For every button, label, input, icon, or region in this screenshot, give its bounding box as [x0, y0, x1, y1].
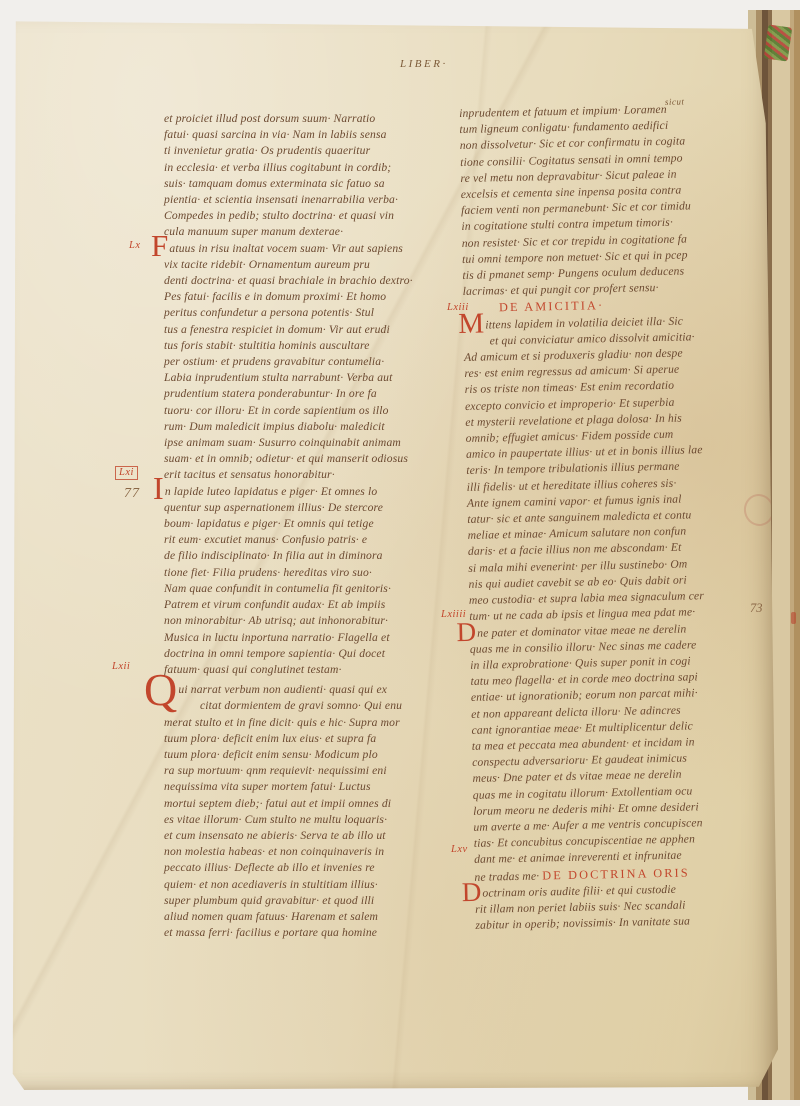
line-text: in cogitatione stulti contra impetum tim…: [461, 216, 673, 233]
manuscript-line: rit eum· excutiet manus· Confusio patris…: [164, 532, 490, 548]
line-text: tuum plora· deficit enim sensu· Modicum …: [164, 748, 378, 761]
line-text: ipse animam suam· Susurro coinquinabit a…: [164, 436, 401, 449]
manuscript-line: nequissima vita super mortem fatui· Luct…: [164, 779, 490, 795]
line-text: non minorabitur· Ab utrisq; aut inhonora…: [164, 614, 388, 627]
line-text: prudentium statera ponderabuntur· In ore…: [164, 387, 377, 400]
line-text: rit eum· excutiet manus· Confusio patris…: [164, 533, 367, 546]
line-text: non dissolvetur· Sic et cor confirmatu i…: [460, 135, 686, 153]
line-text: et mysterii revelatione et plaga dolosa·…: [465, 411, 682, 428]
line-text: entiae· ut ignorationib; eorum non parca…: [471, 687, 698, 705]
line-text: et massa ferri· facilius e portare qua h…: [164, 926, 377, 939]
line-text: tias· Et concubitus concupiscentiae ne a…: [474, 833, 695, 850]
line-text: et cum insensato ne abieris· Serva te ab…: [164, 829, 386, 842]
manuscript-line: et cum insensato ne abieris· Serva te ab…: [164, 828, 490, 844]
line-text: teris· In tempore tribulationis illius p…: [466, 460, 679, 477]
line-text: ittens lapidem in volatilia deiciet illa…: [485, 314, 683, 331]
line-text: meus· Dne pater et ds vitae meae ne dere…: [472, 768, 681, 785]
line-text: tis di pmanet semp· Pungens oculum deduc…: [462, 265, 684, 282]
endband-icon: [764, 24, 792, 61]
line-text: Nam quae confundit in contumelia fit gen…: [164, 582, 391, 595]
line-text: et non appareant delicta illoru· Ne adin…: [471, 703, 681, 720]
manuscript-line: et proiciet illud post dorsum suum· Narr…: [164, 111, 490, 127]
manuscript-line: Fatuus in risu inaltat vocem suam· Vir a…: [164, 241, 490, 257]
chapter-initial: M: [458, 323, 484, 324]
manuscript-line: ti invenietur gratia· Os prudentis quaer…: [164, 143, 490, 159]
line-text: non molestia habeas· et non coinquinaver…: [164, 845, 384, 858]
line-text: cant ignorantiae meae· Et multiplicentur…: [471, 719, 693, 736]
line-text: ris os triste non timeas· Est enim recor…: [465, 379, 675, 396]
line-text: tuum plora· deficit enim lux eius· et su…: [164, 732, 376, 745]
manuscript-line: boum· lapidatus e piger· Et omnis qui te…: [164, 516, 490, 532]
manuscript-line: fatui· quasi sarcina in via· Nam in labi…: [164, 127, 490, 143]
margin-chapter-number-lxiiii: Lxiiii: [441, 609, 466, 620]
manuscript-line: Compedes in pedib; stulto doctrina· et q…: [164, 208, 490, 224]
rubric-heading: DE AMICITIA·: [499, 299, 605, 315]
line-text: peccato illius· Deflecte ab illo et inve…: [164, 861, 375, 874]
line-text: meliae et minae· Amicum salutare non con…: [467, 525, 686, 542]
line-text: quas me in consilio illoru· Nec sinas me…: [470, 638, 697, 656]
line-text: ne pater et dominator vitae meae ne dere…: [477, 622, 686, 639]
line-text: lorum meoru ne dederis mihi· Et omne des…: [473, 800, 699, 818]
line-text: quas me in cogitatu illorum· Extollentia…: [473, 784, 693, 801]
line-text: fatui· quasi sarcina in via· Nam in labi…: [164, 128, 387, 141]
line-text: de filio indisciplinato· In filia aut in…: [164, 549, 383, 562]
line-text: in illa exprobratione· Quis super ponit …: [470, 654, 691, 671]
line-text: Patrem et virum confundit audax· Et ab i…: [164, 598, 385, 611]
manuscript-line: doctrina in omni tempore sapientia· Qui …: [164, 646, 490, 662]
line-text: super plumbum quid gravabitur· et quod i…: [164, 894, 374, 907]
line-text: tione fiet· Filia prudens· hereditas vir…: [164, 566, 372, 579]
margin-chapter-number-lxi: Lxi: [115, 466, 138, 480]
margin-note: 77: [124, 486, 140, 502]
manuscript-line: et massa ferri· facilius e portare qua h…: [164, 925, 490, 941]
line-text: lacrimas· et qui pungit cor profert sens…: [463, 281, 659, 298]
line-text: denti doctrina· et quasi brachiale in br…: [164, 274, 413, 287]
line-text: et qui conviciatur amico dissolvit amici…: [490, 330, 695, 347]
line-text: illi fidelis· ut et hereditate illius co…: [467, 476, 677, 493]
line-text: excelsis et cementa sine inpensa posita …: [461, 184, 682, 201]
line-text: Ante ignem camini vapor· et fumus ignis …: [467, 492, 682, 509]
line-text: Musica in luctu inportuna narratio· Flag…: [164, 631, 390, 644]
manuscript-line: tuoru· cor illoru· Et in corde sapientiu…: [164, 403, 490, 419]
manuscript-line: tuum plora· deficit enim sensu· Modicum …: [164, 747, 490, 763]
line-text: doctrina in omni tempore sapientia· Qui …: [164, 647, 385, 660]
manuscript-line: Musica in luctu inportuna narratio· Flag…: [164, 630, 490, 646]
manuscript-line: non molestia habeas· et non coinquinaver…: [164, 844, 490, 860]
line-text: zabitur in operib; novissimis· In vanita…: [475, 915, 690, 932]
line-text: rum· Dum maledicit impius diabolu· maled…: [164, 420, 385, 433]
manuscript-line: fatuum· quasi qui conglutinet testam·: [164, 662, 490, 678]
manuscript-line: quentur sup aspernationem illius· De ste…: [164, 500, 490, 516]
margin-chapter-number-lxv: Lxv: [451, 844, 468, 855]
line-text: per ostium· et prudens gravabitur contum…: [164, 355, 384, 368]
line-text: tuoru· cor illoru· Et in corde sapientiu…: [164, 404, 389, 417]
manuscript-line: prudentium statera ponderabuntur· In ore…: [164, 386, 490, 402]
line-text: quentur sup aspernationem illius· De ste…: [164, 501, 383, 514]
manuscript-line: vix tacite ridebit· Ornamentum aureum pr…: [164, 257, 490, 273]
line-text: n lapide luteo lapidatus e piger· Et omn…: [165, 485, 378, 498]
manuscript-line: pientia· et scientia insensati inenarrab…: [164, 192, 490, 208]
margin-chapter-number-lxii: Lxii: [112, 661, 130, 672]
line-text: suam· et in omnib; odietur· et qui manse…: [164, 452, 408, 465]
manuscript-line: suis· tamquam domus exterminata sic fatu…: [164, 176, 490, 192]
line-text: ta mea et peccata mea abundent· et incid…: [472, 735, 695, 752]
line-text: Labia inprudentium stulta narrabunt· Ver…: [164, 371, 392, 384]
manuscript-line: Nam quae confundit in contumelia fit gen…: [164, 581, 490, 597]
manuscript-line: merat stulto et in fine dicit· quis e hi…: [164, 715, 490, 731]
line-text: rit illam non periet labiis suis· Nec sc…: [475, 899, 686, 916]
line-text: fatuum· quasi qui conglutinet testam·: [164, 663, 342, 676]
line-text: vix tacite ridebit· Ornamentum aureum pr…: [164, 258, 370, 271]
manuscript-line: tus foris stabit· stultitia hominis ausc…: [164, 338, 490, 354]
manuscript-line: rum· Dum maledicit impius diabolu· maled…: [164, 419, 490, 435]
manuscript-line: tuum plora· deficit enim lux eius· et su…: [164, 731, 490, 747]
right-text-column: sicut inprudentem et fatuum et impium· L…: [459, 99, 800, 934]
line-text: tum ligneum conligatu· fundamento aedifi…: [459, 119, 668, 136]
line-text: merat stulto et in fine dicit· quis e hi…: [164, 716, 400, 729]
manuscript-line: mortui septem dieb;· fatui aut et impii …: [164, 796, 490, 812]
line-text: conspectu adversarioru· Et gaudeat inimi…: [472, 752, 687, 769]
line-text: pientia· et scientia insensati inenarrab…: [164, 193, 398, 206]
manuscript-line: peritus confundetur a persona potentis· …: [164, 305, 490, 321]
line-text: Compedes in pedib; stulto doctrina· et q…: [164, 209, 394, 222]
interlinear-gloss: sicut: [665, 93, 685, 110]
line-text: tus a fenestra respiciet in domum· Vir a…: [164, 323, 390, 336]
line-text: mortui septem dieb;· fatui aut et impii …: [164, 797, 391, 810]
line-text: tus foris stabit· stultitia hominis ausc…: [164, 339, 370, 352]
line-text: erit tacitus et sensatus honorabitur·: [164, 468, 335, 481]
manuscript-line: es vitae illorum· Cum stulto ne multu lo…: [164, 812, 490, 828]
manuscript-line: ra sup mortuum· qnm requievit· nequissim…: [164, 763, 490, 779]
manuscript-line: Pes fatui· facilis e in domum proximi· E…: [164, 289, 490, 305]
line-text: ti invenietur gratia· Os prudentis quaer…: [164, 144, 370, 157]
line-text: Pes fatui· facilis e in domum proximi· E…: [164, 290, 386, 303]
manuscript-line: Qui narrat verbum non audienti· quasi qu…: [164, 678, 490, 698]
line-text: et proiciet illud post dorsum suum· Narr…: [164, 112, 375, 125]
manuscript-line: Labia inprudentium stulta narrabunt· Ver…: [164, 370, 490, 386]
line-text: non resistet· Sic et cor trepidu in cogi…: [462, 232, 687, 250]
line-text: Ad amicum et si produxeris gladiu· non d…: [464, 347, 683, 364]
line-text: citat dormientem de gravi somno· Qui enu: [200, 699, 402, 712]
line-text: suis· tamquam domus exterminata sic fatu…: [164, 177, 385, 190]
left-text-column: et proiciet illud post dorsum suum· Narr…: [164, 111, 490, 941]
line-text: octrinam oris audite filii· et qui custo…: [482, 883, 676, 900]
line-text: in ecclesia· et verba illius cogitabunt …: [164, 161, 391, 174]
line-text: cula manuum super manum dexterae·: [164, 225, 343, 238]
line-text: res· est enim regressus ad amicum· Si ap…: [464, 363, 679, 380]
manuscript-line: quiem· et non acediaveris in stultitiam …: [164, 877, 490, 893]
manuscript-line: de filio indisciplinato· In filia aut in…: [164, 548, 490, 564]
rubric-heading: DE DOCTRINA ORIS: [542, 865, 690, 882]
manuscript-photo: LIBER· et proiciet illud post dorsum suu…: [0, 0, 800, 1106]
manuscript-line: cula manuum super manum dexterae·: [164, 224, 490, 240]
folio-number: 73: [750, 601, 763, 616]
line-text: daris· et a facie illius non me absconda…: [468, 541, 682, 558]
manuscript-line: in ecclesia· et verba illius cogitabunt …: [164, 160, 490, 176]
manuscript-line: suam· et in omnib; odietur· et qui manse…: [164, 451, 490, 467]
manuscript-line: denti doctrina· et quasi brachiale in br…: [164, 273, 490, 289]
line-text: excepto convicio et improperio· Et super…: [465, 395, 675, 412]
line-text: aliud nomen quam fatuus· Harenam et sale…: [164, 910, 378, 923]
running-title: LIBER·: [400, 58, 448, 70]
line-text: atuus in risu inaltat vocem suam· Vir au…: [169, 242, 403, 255]
line-text: peritus confundetur a persona potentis· …: [164, 306, 374, 319]
line-text: si mala mihi evenerint· per illu sustine…: [468, 557, 687, 574]
margin-chapter-number-lx: Lx: [129, 240, 141, 251]
manuscript-line: tione fiet· Filia prudens· hereditas vir…: [164, 565, 490, 581]
margin-chapter-number-lxiii: Lxiii: [447, 302, 469, 313]
line-text: quiem· et non acediaveris in stultitiam …: [164, 878, 378, 891]
line-text: es vitae illorum· Cum stulto ne multu lo…: [164, 813, 387, 826]
manuscript-line: super plumbum quid gravabitur· et quod i…: [164, 893, 490, 909]
manuscript-line: citat dormientem de gravi somno· Qui enu: [164, 698, 490, 714]
line-text: inprudentem et fatuum et impium· Loramen: [459, 103, 667, 120]
line-text: ra sup mortuum· qnm requievit· nequissim…: [164, 764, 387, 777]
manuscript-line: erit tacitus et sensatus honorabitur·: [164, 467, 490, 483]
line-text: omnib; effugiet amicus· Fidem posside cu…: [466, 428, 674, 445]
line-text: nequissima vita super mortem fatui· Luct…: [164, 780, 371, 793]
manuscript-line: per ostium· et prudens gravabitur contum…: [164, 354, 490, 370]
line-text: ui narrat verbum non audienti· quasi qui…: [178, 683, 387, 696]
line-text: boum· lapidatus e piger· Et omnis qui te…: [164, 517, 374, 530]
line-text: ne tradas me·: [474, 869, 542, 883]
line-text: dant me· et animae inreverenti et infrun…: [474, 849, 682, 866]
manuscript-line: tus a fenestra respiciet in domum· Vir a…: [164, 322, 490, 338]
manuscript-line: In lapide luteo lapidatus e piger· Et om…: [164, 484, 490, 500]
manuscript-line: peccato illius· Deflecte ab illo et inve…: [164, 860, 490, 876]
line-text: tione consilii· Cogitatus sensati in omn…: [460, 151, 683, 168]
line-text: re vel metu non depravabitur· Sicut pale…: [460, 167, 676, 184]
line-text: nis qui audiet cavebit se ab eo· Quis da…: [468, 573, 687, 590]
line-text: tum· ut ne cada ab ipsis et lingua mea p…: [469, 606, 695, 624]
manuscript-line: ipse animam suam· Susurro coinquinabit a…: [164, 435, 490, 451]
manuscript-line: aliud nomen quam fatuus· Harenam et sale…: [164, 909, 490, 925]
